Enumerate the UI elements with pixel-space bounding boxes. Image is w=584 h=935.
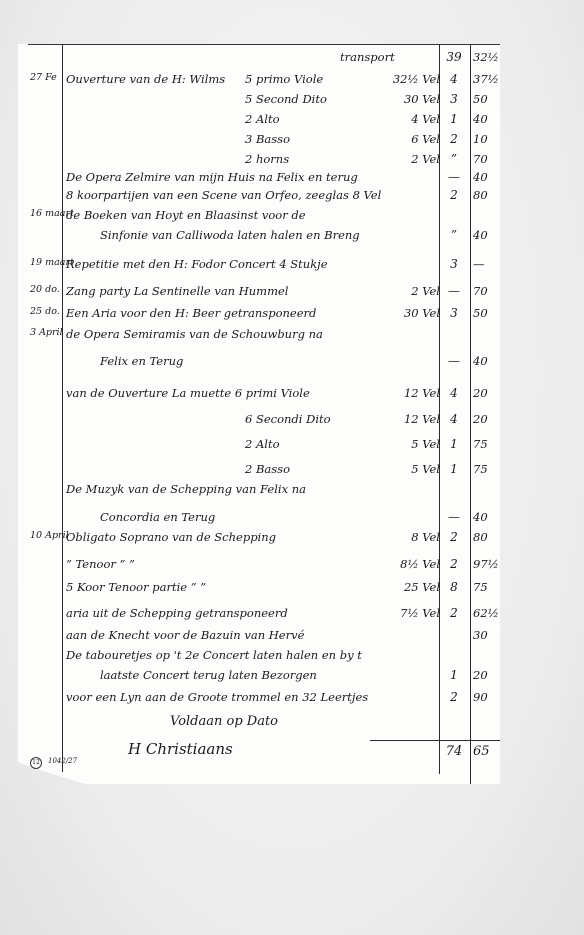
entry-description: Concordia en Terug <box>100 510 215 524</box>
entry-cents: 75 <box>473 437 503 451</box>
ledger-row: Concordia en Terug—40 <box>0 508 584 528</box>
entry-cents: 10 <box>473 132 503 146</box>
entry-cents: 30 <box>473 628 503 642</box>
entry-quantity: 6 Secondi Dito <box>245 412 331 426</box>
ledger-row: 8 koorpartijen van een Scene van Orfeo, … <box>0 186 584 206</box>
entry-guilders: 4 <box>441 72 467 86</box>
entry-quantity: 5 Second Dito <box>245 92 327 106</box>
entry-price: 30 Vel <box>388 92 440 106</box>
entry-quantity: 5 primo Viole <box>245 72 323 86</box>
entry-guilders: 2 <box>441 606 467 620</box>
ledger-row: 3 Aprilde Opera Semiramis van de Schouwb… <box>0 325 584 345</box>
entry-guilders: 3 <box>441 306 467 320</box>
entry-guilders: ” <box>441 152 467 166</box>
entry-quantity: 3 Basso <box>245 132 290 146</box>
archive-stamp: 12 <box>30 757 42 769</box>
entry-description: Obligato Soprano van de Schepping <box>66 530 276 544</box>
entry-guilders: — <box>441 354 467 368</box>
total-cents: 65 <box>473 744 503 759</box>
entry-guilders: 3 <box>441 92 467 106</box>
entry-cents: 70 <box>473 284 503 298</box>
entry-price: 6 Vel <box>388 132 440 146</box>
entry-guilders: 1 <box>441 462 467 476</box>
ledger-row: 5 Koor Tenoor partie ” ”25 Vel875 <box>0 578 584 598</box>
ledger-row: 20 do.Zang party La Sentinelle van Humme… <box>0 282 584 302</box>
ledger-row: Felix en Terug—40 <box>0 352 584 372</box>
entry-guilders: 1 <box>441 437 467 451</box>
entry-cents: 40 <box>473 170 503 184</box>
entry-description: de Opera Semiramis van de Schouwburg na <box>66 327 323 341</box>
entry-price: 4 Vel <box>388 112 440 126</box>
entry-date: 19 maart <box>30 257 64 268</box>
entry-description: laatste Concert terug laten Bezorgen <box>100 668 317 682</box>
entry-description: Ouverture van de H: Wilms <box>66 72 225 86</box>
ledger-row: van de Ouverture La muette 6 primi Viole… <box>0 384 584 404</box>
entry-price: 5 Vel <box>388 437 440 451</box>
entry-price: 32½ Vel <box>388 72 440 86</box>
top-rule <box>28 44 500 45</box>
entry-cents: 62½ <box>473 606 503 620</box>
entry-cents: 70 <box>473 152 503 166</box>
entry-guilders: 1 <box>441 112 467 126</box>
entry-guilders: 2 <box>441 132 467 146</box>
entry-cents: 80 <box>473 188 503 202</box>
entry-price: 8½ Vel <box>388 557 440 571</box>
entry-cents: 40 <box>473 510 503 524</box>
ledger-row: 5 Second Dito30 Vel350 <box>0 90 584 110</box>
closing-note: Voldaan op Dato <box>170 714 278 729</box>
entry-guilders: 4 <box>441 412 467 426</box>
entry-guilders: 4 <box>441 386 467 400</box>
entry-cents: 97½ <box>473 557 503 571</box>
transport-cents: 32½ <box>473 50 503 64</box>
entry-description: aan de Knecht voor de Bazuin van Hervé <box>66 628 304 642</box>
entry-cents: 40 <box>473 228 503 242</box>
transport-row: transport 39 32½ <box>0 48 584 68</box>
entry-price: 5 Vel <box>388 462 440 476</box>
ledger-row: De Opera Zelmire van mijn Huis na Felix … <box>0 168 584 188</box>
ledger-row: aan de Knecht voor de Bazuin van Hervé30 <box>0 626 584 646</box>
entry-description: voor een Lyn aan de Groote trommel en 32… <box>66 690 368 704</box>
ledger-row: 27 FeOuverture van de H: Wilms5 primo Vi… <box>0 70 584 90</box>
entry-description: de Boeken van Hoyt en Blaasinst voor de <box>66 208 306 222</box>
signature: H Christiaans <box>128 740 233 758</box>
entry-description: De tabouretjes op 't 2e Concert laten ha… <box>66 648 362 662</box>
entry-cents: 50 <box>473 92 503 106</box>
entry-description: Repetitie met den H: Fodor Concert 4 Stu… <box>66 257 328 271</box>
entry-quantity: 2 Alto <box>245 112 280 126</box>
entry-description: 8 koorpartijen van een Scene van Orfeo, … <box>66 188 381 202</box>
ledger-row: voor een Lyn aan de Groote trommel en 32… <box>0 688 584 708</box>
entry-guilders: — <box>441 284 467 298</box>
total-row: 74 65 <box>0 742 584 762</box>
entry-guilders: 3 <box>441 257 467 271</box>
entry-cents: 20 <box>473 412 503 426</box>
ledger-row: 2 Alto4 Vel140 <box>0 110 584 130</box>
entry-description: De Muzyk van de Schepping van Felix na <box>66 482 306 496</box>
transport-guilders: 39 <box>441 50 467 64</box>
entry-cents: — <box>473 257 503 271</box>
entry-description: ” Tenoor ” ” <box>66 557 135 571</box>
ledger-row: 2 horns2 Vel”70 <box>0 150 584 170</box>
entry-guilders: 8 <box>441 580 467 594</box>
ledger-row: De tabouretjes op 't 2e Concert laten ha… <box>0 646 584 666</box>
entry-guilders: 1 <box>441 668 467 682</box>
entry-cents: 37½ <box>473 72 503 86</box>
ledger-row: laatste Concert terug laten Bezorgen120 <box>0 666 584 686</box>
entry-cents: 75 <box>473 580 503 594</box>
entry-price: 7½ Vel <box>388 606 440 620</box>
entry-quantity: 2 Basso <box>245 462 290 476</box>
entry-price: 12 Vel <box>388 412 440 426</box>
entry-guilders: — <box>441 170 467 184</box>
ledger-row: Sinfonie van Calliwoda laten halen en Br… <box>0 226 584 246</box>
entry-date: 27 Fe <box>30 72 64 83</box>
ledger-row: De Muzyk van de Schepping van Felix na <box>0 480 584 500</box>
entry-cents: 20 <box>473 668 503 682</box>
entry-guilders: 2 <box>441 690 467 704</box>
entry-guilders: 2 <box>441 188 467 202</box>
ledger-row: 2 Basso5 Vel175 <box>0 460 584 480</box>
transport-label: transport <box>340 50 395 64</box>
ledger-row: aria uit de Schepping getransponeerd7½ V… <box>0 604 584 624</box>
entry-description: De Opera Zelmire van mijn Huis na Felix … <box>66 170 358 184</box>
entry-description: 5 Koor Tenoor partie ” ” <box>66 580 206 594</box>
entry-date: 3 April <box>30 327 64 338</box>
ledger-row: ” Tenoor ” ”8½ Vel297½ <box>0 555 584 575</box>
archive-number: 1042/27 <box>48 757 77 765</box>
entry-cents: 75 <box>473 462 503 476</box>
entry-cents: 40 <box>473 112 503 126</box>
entry-price: 8 Vel <box>388 530 440 544</box>
entry-guilders: 2 <box>441 530 467 544</box>
entry-guilders: 2 <box>441 557 467 571</box>
entry-cents: 40 <box>473 354 503 368</box>
entry-cents: 20 <box>473 386 503 400</box>
entry-date: 10 April <box>30 530 64 541</box>
ledger-row: 16 maartde Boeken van Hoyt en Blaasinst … <box>0 206 584 226</box>
ledger-row: 6 Secondi Dito12 Vel420 <box>0 410 584 430</box>
entry-description: Felix en Terug <box>100 354 183 368</box>
entry-price: 2 Vel <box>388 152 440 166</box>
entry-description: Een Aria voor den H: Beer getransponeerd <box>66 306 316 320</box>
ledger-row: 10 AprilObligato Soprano van de Scheppin… <box>0 528 584 548</box>
sum-rule <box>370 740 500 741</box>
entry-description: van de Ouverture La muette 6 primi Viole <box>66 386 310 400</box>
entry-date: 20 do. <box>30 284 64 295</box>
entry-cents: 50 <box>473 306 503 320</box>
entry-price: 2 Vel <box>388 284 440 298</box>
ledger-row: 19 maartRepetitie met den H: Fodor Conce… <box>0 255 584 275</box>
ledger-row: 2 Alto5 Vel175 <box>0 435 584 455</box>
entry-guilders: ” <box>441 228 467 242</box>
total-guilders: 74 <box>441 744 467 759</box>
entry-quantity: 2 horns <box>245 152 289 166</box>
ledger-row: 25 do.Een Aria voor den H: Beer getransp… <box>0 304 584 324</box>
ledger-row: 3 Basso6 Vel210 <box>0 130 584 150</box>
entry-quantity: 2 Alto <box>245 437 280 451</box>
entry-price: 12 Vel <box>388 386 440 400</box>
entry-price: 30 Vel <box>388 306 440 320</box>
entry-date: 16 maart <box>30 208 64 219</box>
entry-cents: 90 <box>473 690 503 704</box>
entry-description: Sinfonie van Calliwoda laten halen en Br… <box>100 228 360 242</box>
entry-guilders: — <box>441 510 467 524</box>
entry-description: Zang party La Sentinelle van Hummel <box>66 284 288 298</box>
entry-description: aria uit de Schepping getransponeerd <box>66 606 288 620</box>
entry-price: 25 Vel <box>388 580 440 594</box>
entry-date: 25 do. <box>30 306 64 317</box>
entry-cents: 80 <box>473 530 503 544</box>
